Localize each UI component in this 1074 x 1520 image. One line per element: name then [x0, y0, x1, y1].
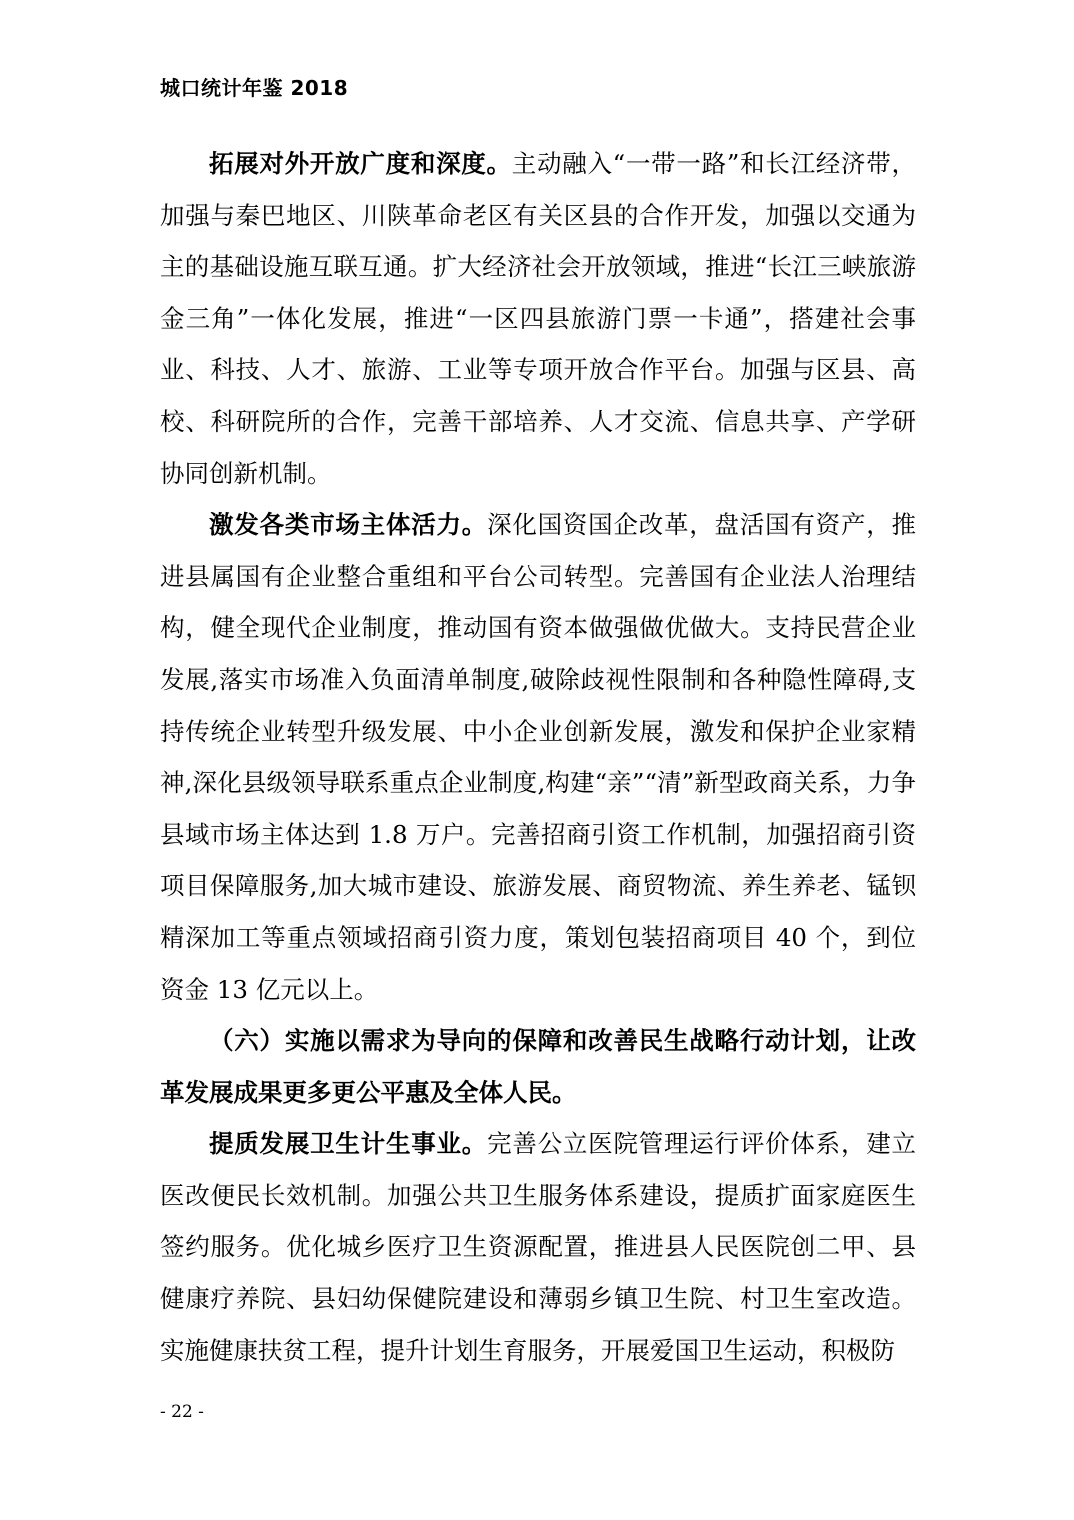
- page-header-title: 城口统计年鉴 2018: [160, 72, 348, 101]
- page-content: 拓展对外开放广度和深度。主动融入“一带一路”和长江经济带，加强与秦巴地区、川陕革…: [160, 138, 916, 1376]
- paragraph-body: 完善公立医院管理运行评价体系，建立医改便民长效机制。加强公共卫生服务体系建设，提…: [160, 1129, 916, 1364]
- paragraph-body: 深化国资国企改革，盘活国有资产，推进县属国有企业整合重组和平台公司转型。完善国有…: [160, 510, 916, 1003]
- paragraph-body: 主动融入“一带一路”和长江经济带，加强与秦巴地区、川陕革命老区有关区县的合作开发…: [160, 149, 916, 488]
- section-heading-text: （六）实施以需求为导向的保障和改善民生战略行动计划，让改革发展成果更多更公平惠及…: [160, 1026, 916, 1107]
- paragraph-market-vitality: 激发各类市场主体活力。深化国资国企改革，盘活国有资产，推进县属国有企业整合重组和…: [160, 499, 916, 1015]
- paragraph-lead: 拓展对外开放广度和深度。: [209, 149, 512, 178]
- paragraph-health-services: 提质发展卫生计生事业。完善公立医院管理运行评价体系，建立医改便民长效机制。加强公…: [160, 1118, 916, 1376]
- paragraph-expand-opening: 拓展对外开放广度和深度。主动融入“一带一路”和长江经济带，加强与秦巴地区、川陕革…: [160, 138, 916, 499]
- page-number: - 22 -: [160, 1402, 204, 1422]
- paragraph-lead: 激发各类市场主体活力。: [209, 510, 487, 539]
- section-heading-six: （六）实施以需求为导向的保障和改善民生战略行动计划，让改革发展成果更多更公平惠及…: [160, 1015, 916, 1118]
- paragraph-lead: 提质发展卫生计生事业。: [209, 1129, 487, 1158]
- document-page: 城口统计年鉴 2018 拓展对外开放广度和深度。主动融入“一带一路”和长江经济带…: [0, 0, 1074, 1520]
